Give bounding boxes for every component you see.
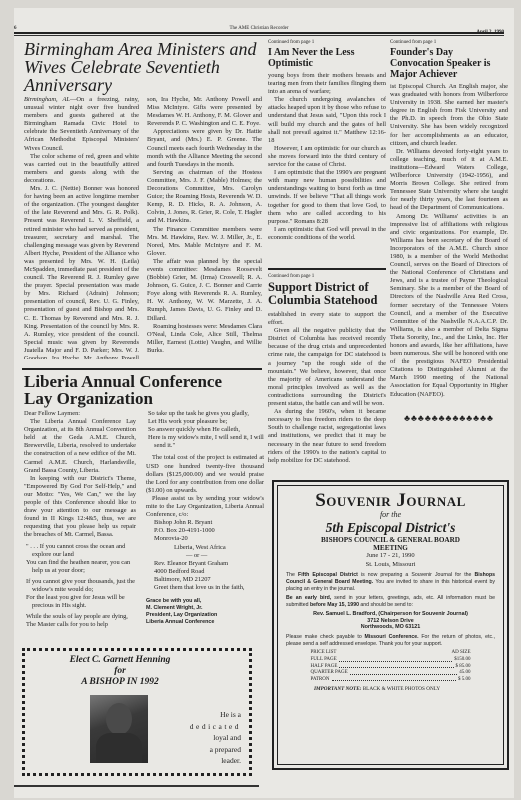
continued-label: Continued from page 1	[390, 40, 508, 45]
poem-line: While the souls of lay people are dying,	[24, 613, 136, 621]
price-value: $ 5.00	[458, 677, 471, 684]
event-title: MEETING	[286, 544, 495, 552]
price-list-label: PRICE LIST	[311, 650, 337, 657]
birmingham-lead: Birmingham, AL—On a freezing, rainy, unu…	[24, 96, 139, 153]
paragraph: The affair was planned by the special ev…	[147, 258, 262, 323]
ad-body-1: The Fifth Episcopal District is now prep…	[286, 572, 495, 592]
paragraph: As during the 1960's, when it became nec…	[268, 408, 386, 465]
leader-dots	[350, 670, 458, 675]
poem: So take up the task he gives you gladly,…	[146, 410, 264, 450]
event-location: St. Louis, Missouri	[286, 561, 495, 570]
text: and should be send to:	[359, 602, 413, 608]
tagline-line: a prepared	[190, 744, 241, 756]
photo-face	[106, 703, 132, 735]
paragraph: established in every state to support th…	[268, 311, 386, 327]
paragraph: Among Dr. Williams' activities is an imp…	[390, 213, 508, 399]
address-line: Rev. Eleanor Bryant Graham	[146, 560, 264, 568]
birmingham-headline: Birmingham Area Ministers and Wives Cele…	[24, 40, 260, 94]
bottom-rule	[14, 785, 259, 787]
paragraph: Dr. Williams devoted forty-eight years t…	[390, 148, 508, 213]
paragraph: I am optimistic that the 1990's are preg…	[268, 169, 386, 226]
salutation: Dear Fellow Laymen:	[24, 410, 136, 418]
paragraph: The Finance Committee members were Mrs. …	[147, 226, 262, 258]
poem: " . . . If you cannot cross the ocean an…	[24, 543, 136, 630]
text: Be an early bird,	[286, 595, 331, 601]
paragraph: The color scheme of red, green and white…	[24, 153, 139, 185]
price-value: 45.00	[459, 670, 470, 677]
paragraph: Given all the negative publicity that th…	[268, 327, 386, 408]
ad-title-line: Elect C. Garnett Henning	[45, 655, 195, 666]
statehood-headline: Support District of Columbia Statehood	[268, 281, 386, 307]
address-line: Liberia, West Africa	[146, 544, 264, 552]
ad-title-line: for	[45, 666, 195, 677]
event-dates: June 17 - 21, 1990	[286, 552, 495, 561]
price-value: $ 85.00	[456, 664, 471, 671]
text: Please make check payable to	[286, 634, 365, 640]
masthead-rule-thin	[14, 35, 504, 36]
ad-title: Souvenir Journal	[286, 490, 495, 512]
paragraph: The church undergoing avalanches of atta…	[268, 96, 386, 145]
tagline-line: loyal and	[190, 732, 241, 744]
tagline-line: He is a	[190, 709, 241, 721]
liberia-headline-2: Lay Organization	[24, 390, 264, 407]
note-label: IMPORTANT NOTE:	[314, 686, 361, 692]
poem-line: If you cannot give your thousands, just …	[24, 578, 136, 594]
signature-line: President, Lay Organization	[146, 612, 264, 619]
poem-line: Here is my widow's mite, I will send it,…	[146, 434, 264, 450]
text: The	[286, 572, 298, 578]
district-heading: 5th Episcopal District's	[286, 520, 495, 536]
price-row: HALF PAGE$ 85.00	[311, 664, 471, 671]
liberia-article: Liberia Annual Conference Lay Organizati…	[24, 373, 264, 407]
paragraph: The total cost of the project is estimat…	[146, 454, 264, 494]
ad-body-2: Be an early bird, send in your letters, …	[286, 595, 495, 609]
contact-line: Rev. Samuel L. Bradford, (Chairperson fo…	[286, 611, 495, 618]
ad-size-label: AD SIZE	[451, 650, 470, 657]
note-text: BLACK & WHITE PHOTOS ONLY	[361, 686, 440, 692]
founders-headline: Founder's Day Convocation Speaker is Maj…	[390, 47, 508, 80]
event-title: BISHOPS COUNCIL & GENERAL BOARD	[286, 536, 495, 544]
paragraph: —On a freezing, rainy, unusual winter ni…	[24, 96, 139, 152]
price-row: FULL PAGE$150.00	[311, 657, 471, 664]
paragraph: Roaming hostesses were: Mesdames Clara O…	[147, 323, 262, 355]
contact-line: Northwoods, MO 63121	[286, 624, 495, 631]
contact-address: Rev. Samuel L. Bradford, (Chairperson fo…	[286, 611, 495, 631]
signature-line: Liberia Annual Conference	[146, 619, 264, 626]
address-line: Baltimore, MD 21207	[146, 576, 264, 584]
leader-dots	[339, 664, 453, 669]
text: before May 15, 1990	[310, 602, 359, 608]
liberia-headline-1: Liberia Annual Conference	[24, 373, 264, 390]
section-rule	[268, 268, 386, 270]
dateline: Birmingham, AL	[24, 96, 70, 103]
paragraph: Serving as chairman of the Hostess Commi…	[147, 169, 262, 226]
address-line: 4000 Bedford Road	[146, 568, 264, 576]
birmingham-col1: Birmingham, AL—On a freezing, rainy, unu…	[24, 96, 139, 359]
poem-line: So take up the task he gives you gladly,	[146, 410, 264, 418]
signature-line: Grace be with you all,	[146, 598, 264, 605]
text: Fifth Episcopal District	[298, 572, 358, 578]
section-rule	[22, 368, 262, 370]
continued-label: Continued from page 1	[268, 274, 386, 279]
paragraph: However, I am optimistic for our church …	[268, 145, 386, 169]
address-line: Monrovia-20	[146, 535, 264, 543]
poem-line: " . . . If you cannot cross the ocean an…	[24, 543, 136, 559]
price-value: $150.00	[454, 657, 470, 664]
paragraph: son, Ira Hyche, Mr. Anthony Powell and M…	[147, 96, 262, 128]
mailing-address-2: Rev. Eleanor Bryant Graham 4000 Bedford …	[146, 560, 264, 592]
candidate-photo	[90, 695, 148, 763]
paragraph: Appreciations were given by Dr. Hattie B…	[147, 128, 262, 168]
paragraph: young boys from their mothers breasts an…	[268, 72, 386, 96]
leader-dots	[332, 677, 457, 682]
price-row: QUARTER PAGE45.00	[311, 670, 471, 677]
important-note: IMPORTANT NOTE: BLACK & WHITE PHOTOS ONL…	[286, 686, 495, 692]
signature-block: Grace be with you all, M. Clement Wright…	[146, 598, 264, 626]
ad-tagline: He is a dedicated loyal and a prepared l…	[190, 709, 241, 767]
masthead-rule	[14, 32, 504, 34]
price-label: HALF PAGE	[311, 664, 338, 671]
price-label: FULL PAGE	[311, 657, 337, 664]
poem-line: Let His work your pleasure be;	[146, 418, 264, 426]
address-line: Bishop John R. Bryant	[146, 519, 264, 527]
text: is now preparing a Souvenir Journal for …	[358, 572, 475, 578]
text: Missouri Conference.	[365, 634, 419, 640]
founders-article: Continued from page 1 Founder's Day Conv…	[390, 40, 508, 423]
continued-label: Continued from page 1	[268, 40, 386, 45]
photo-body	[96, 733, 142, 763]
price-label: PATRON	[311, 677, 330, 684]
publication-name: The AME Christian Recorder	[14, 26, 504, 31]
paragraph: The Liberia Annual Conference Lay Organi…	[24, 418, 136, 475]
paragraph: ist Episcopal Church. An English major, …	[390, 83, 508, 148]
ad-title: Elect C. Garnett Henning for A BISHOP IN…	[45, 655, 195, 688]
tagline-line: leader.	[190, 755, 241, 767]
poem-line: You can find the heathen nearer, you can…	[24, 559, 136, 575]
liberia-col1: Dear Fellow Laymen: The Liberia Annual C…	[24, 410, 136, 629]
poem-line: So answer quickly when He calleth,	[146, 426, 264, 434]
optimistic-article: Continued from page 1 I Am Never the Les…	[268, 40, 386, 242]
statehood-article: Continued from page 1 Support District o…	[268, 274, 386, 465]
price-list: PRICE LIST AD SIZE FULL PAGE$150.00 HALF…	[311, 650, 471, 683]
or-separator: — or —	[146, 552, 264, 560]
closing-line: Greet them that love us in the faith,	[146, 584, 264, 592]
birmingham-col2: son, Ira Hyche, Mr. Anthony Powell and M…	[147, 96, 262, 355]
optimistic-headline: I Am Never the Less Optimistic	[268, 47, 386, 69]
contact-line: 3712 Nelson Drive	[286, 618, 495, 625]
signature-line: M. Clement Wright, Jr.	[146, 605, 264, 612]
paragraph: Mrs. J. C. (Nettie) Bonner was honored f…	[24, 185, 139, 359]
paragraph: I am optimistic that God will prevail in…	[268, 226, 386, 242]
ad-inner-frame: Souvenir Journal for the 5th Episcopal D…	[277, 485, 504, 765]
poem-line: The Master calls for you to help	[24, 621, 136, 629]
henning-campaign-ad: Elect C. Garnett Henning for A BISHOP IN…	[22, 648, 252, 776]
souvenir-journal-ad: Souvenir Journal for the 5th Episcopal D…	[272, 480, 509, 770]
poem-line: For the least you give for Jesus will be…	[24, 594, 136, 610]
price-list-header: PRICE LIST AD SIZE	[311, 650, 471, 657]
tagline-line: dedicated	[190, 721, 241, 733]
paragraph: Please assist us by sending your widow's…	[146, 495, 264, 519]
mailing-address-1: Bishop John R. Bryant P.O. Box 20-4191-1…	[146, 519, 264, 559]
ornament-divider: ♣♣♣♣♣♣♣♣♣♣♣♣♣	[390, 413, 508, 423]
price-label: QUARTER PAGE	[311, 670, 348, 677]
price-row: PATRON$ 5.00	[311, 677, 471, 684]
ad-title-line: A BISHOP IN 1992	[45, 677, 195, 688]
birmingham-article: Birmingham Area Ministers and Wives Cele…	[24, 40, 260, 94]
ad-body-3: Please make check payable to Missouri Co…	[286, 634, 495, 648]
liberia-col2: So take up the task he gives you gladly,…	[146, 410, 264, 626]
address-line: P.O. Box 20-4191-1000	[146, 527, 264, 535]
leader-dots	[339, 657, 453, 662]
paragraph: In keeping with our District's Theme, "E…	[24, 475, 136, 540]
